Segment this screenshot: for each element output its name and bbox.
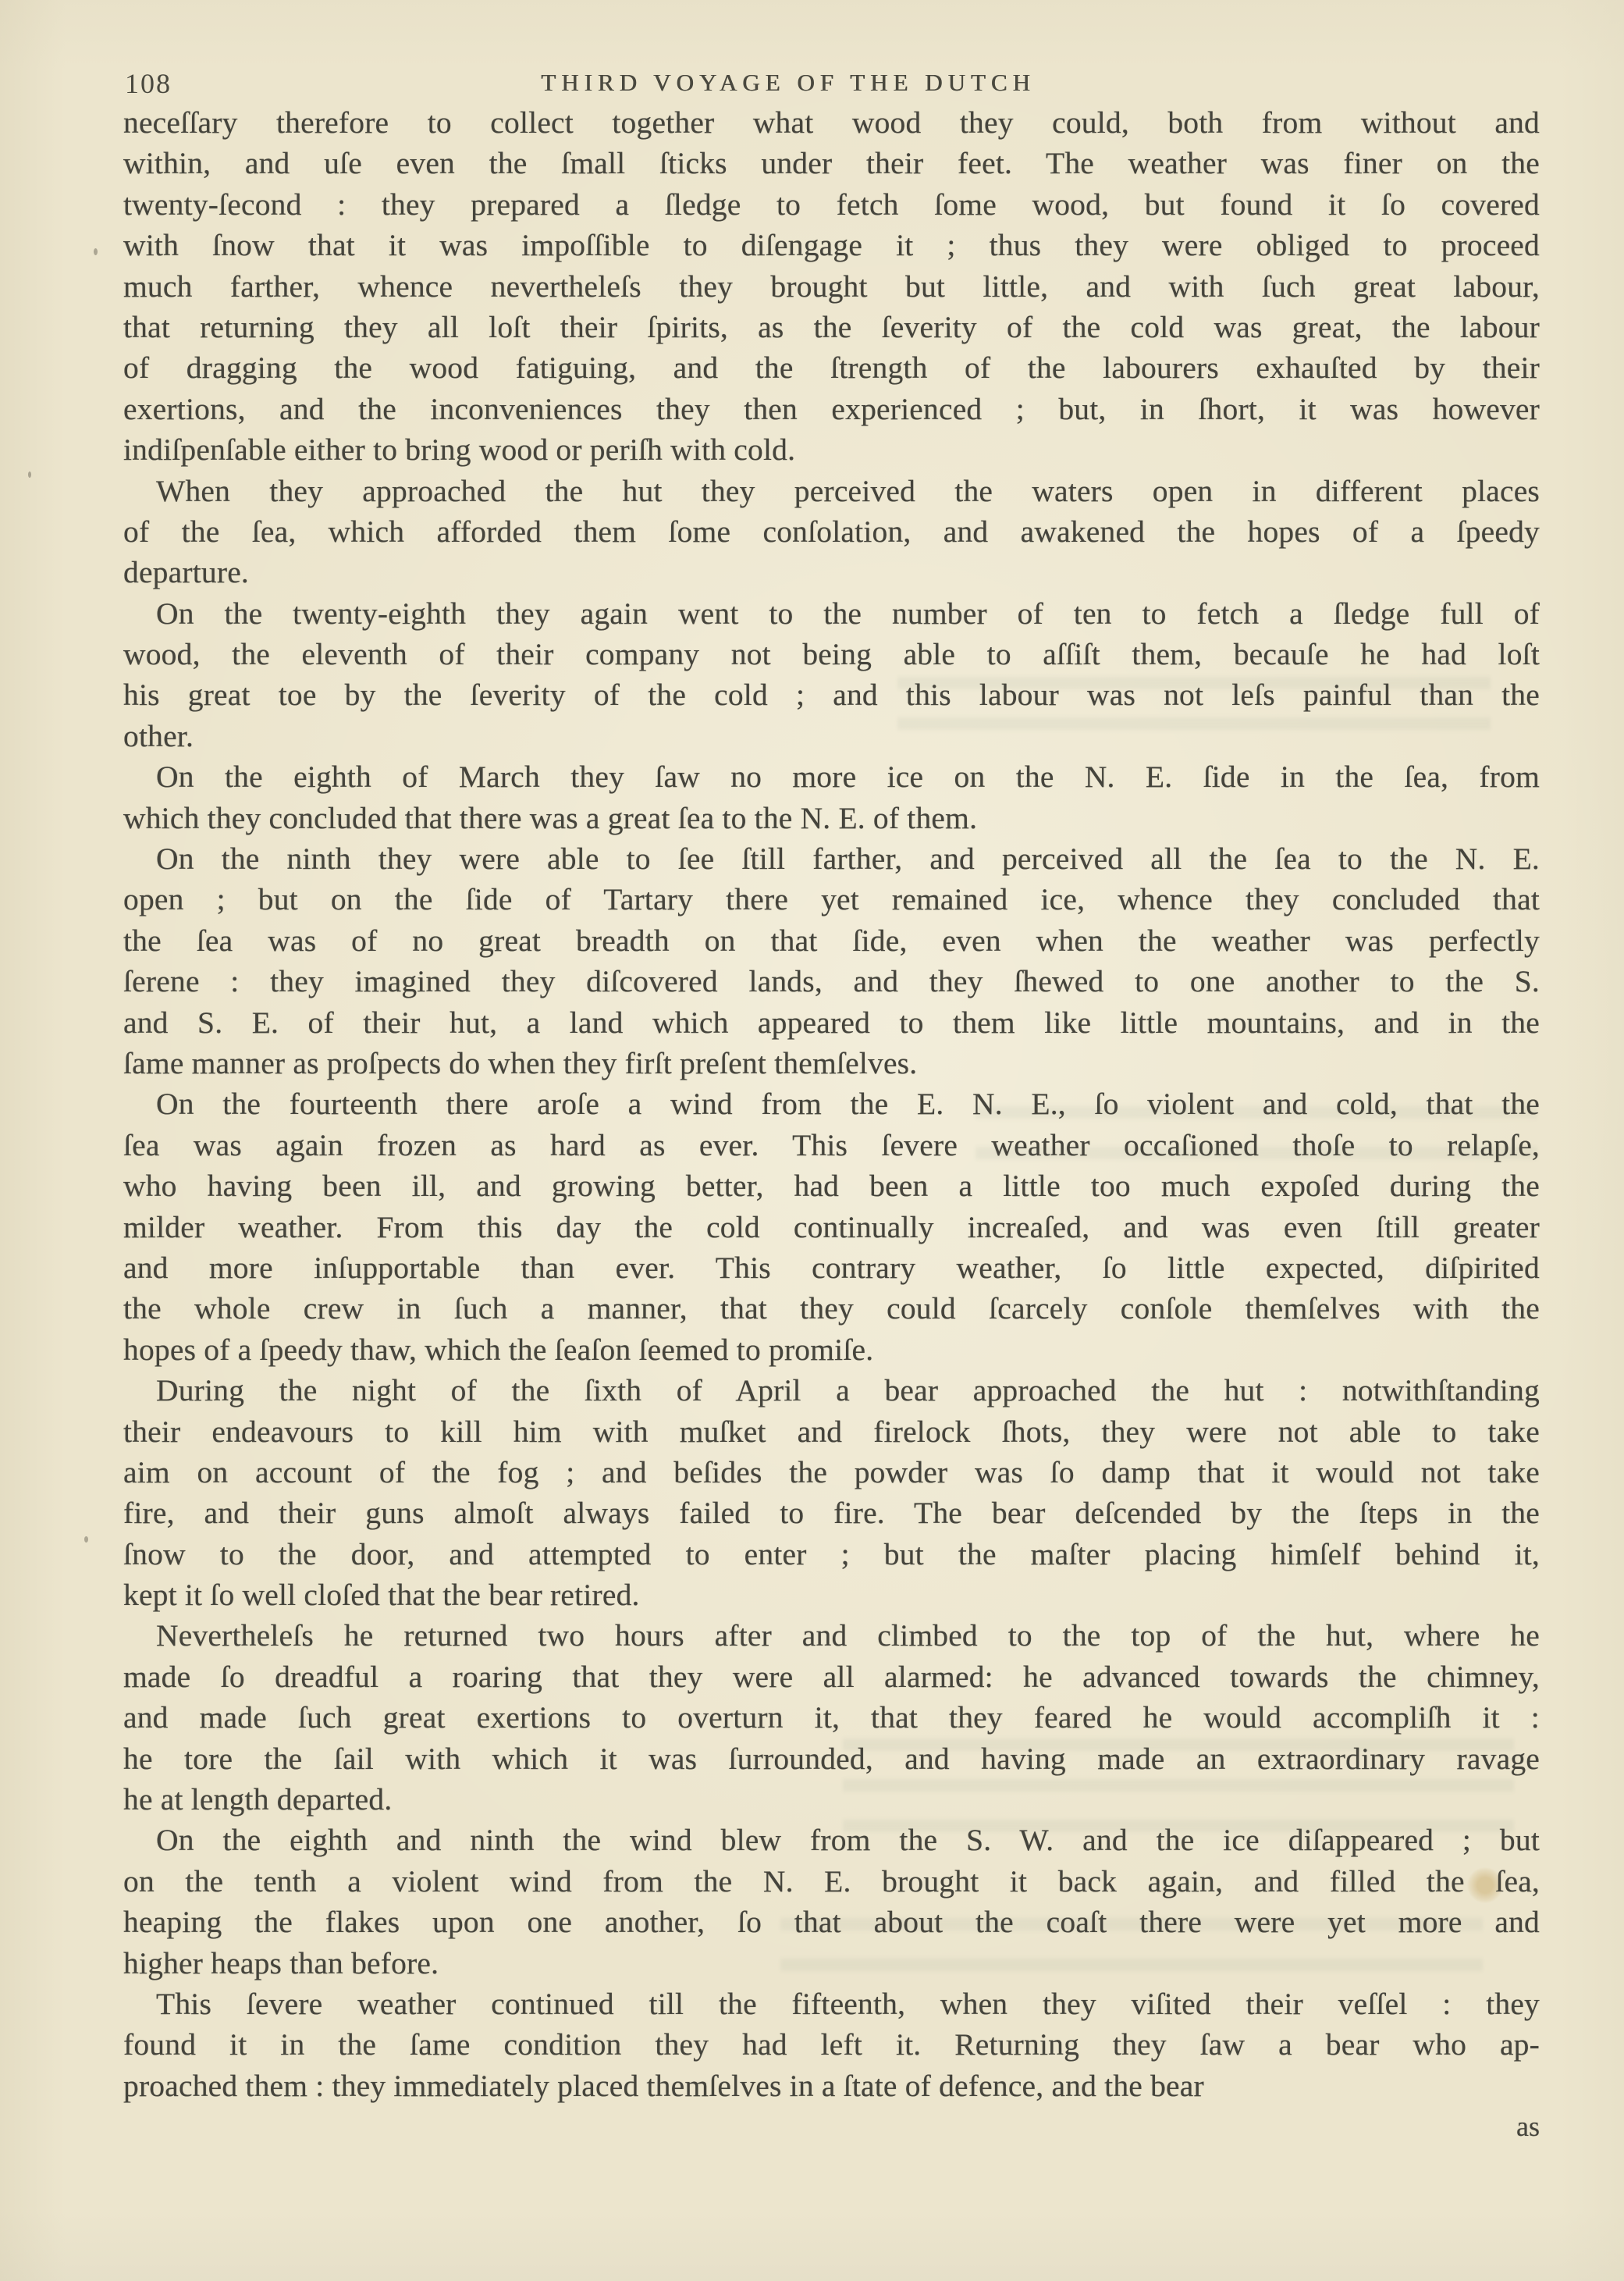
- text-line: of dragging the wood fatiguing, and the …: [123, 347, 1540, 388]
- text-line: indiſpenſable either to bring wood or pe…: [123, 429, 1540, 470]
- text-line: ſame manner as proſpects do when they fi…: [123, 1043, 1540, 1084]
- text-block: neceſſary therefore to collect together …: [123, 102, 1540, 2148]
- text-line: the ſea was of no great breadth on that …: [123, 920, 1540, 961]
- text-line: ſerene : they imagined they diſcovered l…: [123, 961, 1540, 1002]
- text-line: aim on account of the fog ; and beſides …: [123, 1452, 1540, 1493]
- text-line: made ſo dreadful a roaring that they wer…: [123, 1656, 1540, 1697]
- text-line: much farther, whence nevertheleſs they b…: [123, 266, 1540, 307]
- text-line: neceſſary therefore to collect together …: [123, 102, 1540, 143]
- paper-speck: [94, 248, 98, 255]
- text-line: When they approached the hut they percei…: [123, 471, 1540, 511]
- text-line: within, and uſe even the ſmall ſticks un…: [123, 143, 1540, 183]
- paper-speck: [28, 472, 31, 478]
- text-line: with ſnow that it was impoſſible to diſe…: [123, 225, 1540, 265]
- text-line: ſea was again frozen as hard as ever. Th…: [123, 1125, 1540, 1165]
- text-line: found it in the ſame condition they had …: [123, 2024, 1540, 2065]
- text-line: On the eighth and ninth the wind blew fr…: [123, 1820, 1540, 1860]
- text-line: and S. E. of their hut, a land which app…: [123, 1002, 1540, 1043]
- text-line: other.: [123, 716, 1540, 756]
- text-line: wood, the eleventh of their company not …: [123, 634, 1540, 674]
- text-line: heaping the flakes upon one another, ſo …: [123, 1902, 1540, 1942]
- text-line: proached them : they immediately placed …: [123, 2066, 1540, 2106]
- text-line: his great toe by the ſeverity of the col…: [123, 674, 1540, 715]
- text-line: This ſevere weather continued till the f…: [123, 1984, 1540, 2024]
- catchword: as: [123, 2106, 1540, 2147]
- text-line: the whole crew in ſuch a manner, that th…: [123, 1288, 1540, 1329]
- text-line: During the night of the ſixth of April a…: [123, 1370, 1540, 1411]
- text-line: twenty-ſecond : they prepared a ſledge t…: [123, 184, 1540, 225]
- text-line: exertions, and the inconveniences they t…: [123, 389, 1540, 429]
- text-line: hopes of a ſpeedy thaw, which the ſeaſon…: [123, 1329, 1540, 1370]
- page-header: 108 THIRD VOYAGE OF THE DUTCH: [123, 66, 1540, 105]
- text-line: that returning they all loſt their ſpiri…: [123, 307, 1540, 347]
- text-line: departure.: [123, 552, 1540, 592]
- text-line: he tore the ſail with which it was ſurro…: [123, 1738, 1540, 1779]
- text-line: higher heaps than before.: [123, 1943, 1540, 1984]
- text-line: fire, and their guns almoſt always faile…: [123, 1493, 1540, 1533]
- text-line: kept it ſo well cloſed that the bear ret…: [123, 1575, 1540, 1615]
- text-line: ſnow to the door, and attempted to enter…: [123, 1534, 1540, 1575]
- running-title: THIRD VOYAGE OF THE DUTCH: [123, 69, 1453, 97]
- text-line: of the ſea, which afforded them ſome con…: [123, 511, 1540, 552]
- text-line: their endeavours to kill him with muſket…: [123, 1411, 1540, 1452]
- text-line: On the eighth of March they ſaw no more …: [123, 756, 1540, 797]
- text-line: milder weather. From this day the cold c…: [123, 1207, 1540, 1247]
- paper-speck: [84, 1536, 88, 1543]
- text-line: Nevertheleſs he returned two hours after…: [123, 1615, 1540, 1656]
- text-line: On the ninth they were able to ſee ſtill…: [123, 838, 1540, 879]
- text-line: and more inſupportable than ever. This c…: [123, 1247, 1540, 1288]
- text-line: open ; but on the ſide of Tartary there …: [123, 879, 1540, 920]
- text-line: he at length departed.: [123, 1779, 1540, 1820]
- text-line: On the twenty-eighth they again went to …: [123, 593, 1540, 634]
- text-line: On the fourteenth there aroſe a wind fro…: [123, 1084, 1540, 1124]
- text-line: on the tenth a violent wind from the N. …: [123, 1861, 1540, 1902]
- text-line: who having been ill, and growing better,…: [123, 1165, 1540, 1206]
- book-page-scan: { "colors": { "paper": "#ece5cd", "ink":…: [0, 0, 1624, 2281]
- text-line: and made ſuch great exertions to overtur…: [123, 1697, 1540, 1738]
- text-line: which they concluded that there was a gr…: [123, 798, 1540, 838]
